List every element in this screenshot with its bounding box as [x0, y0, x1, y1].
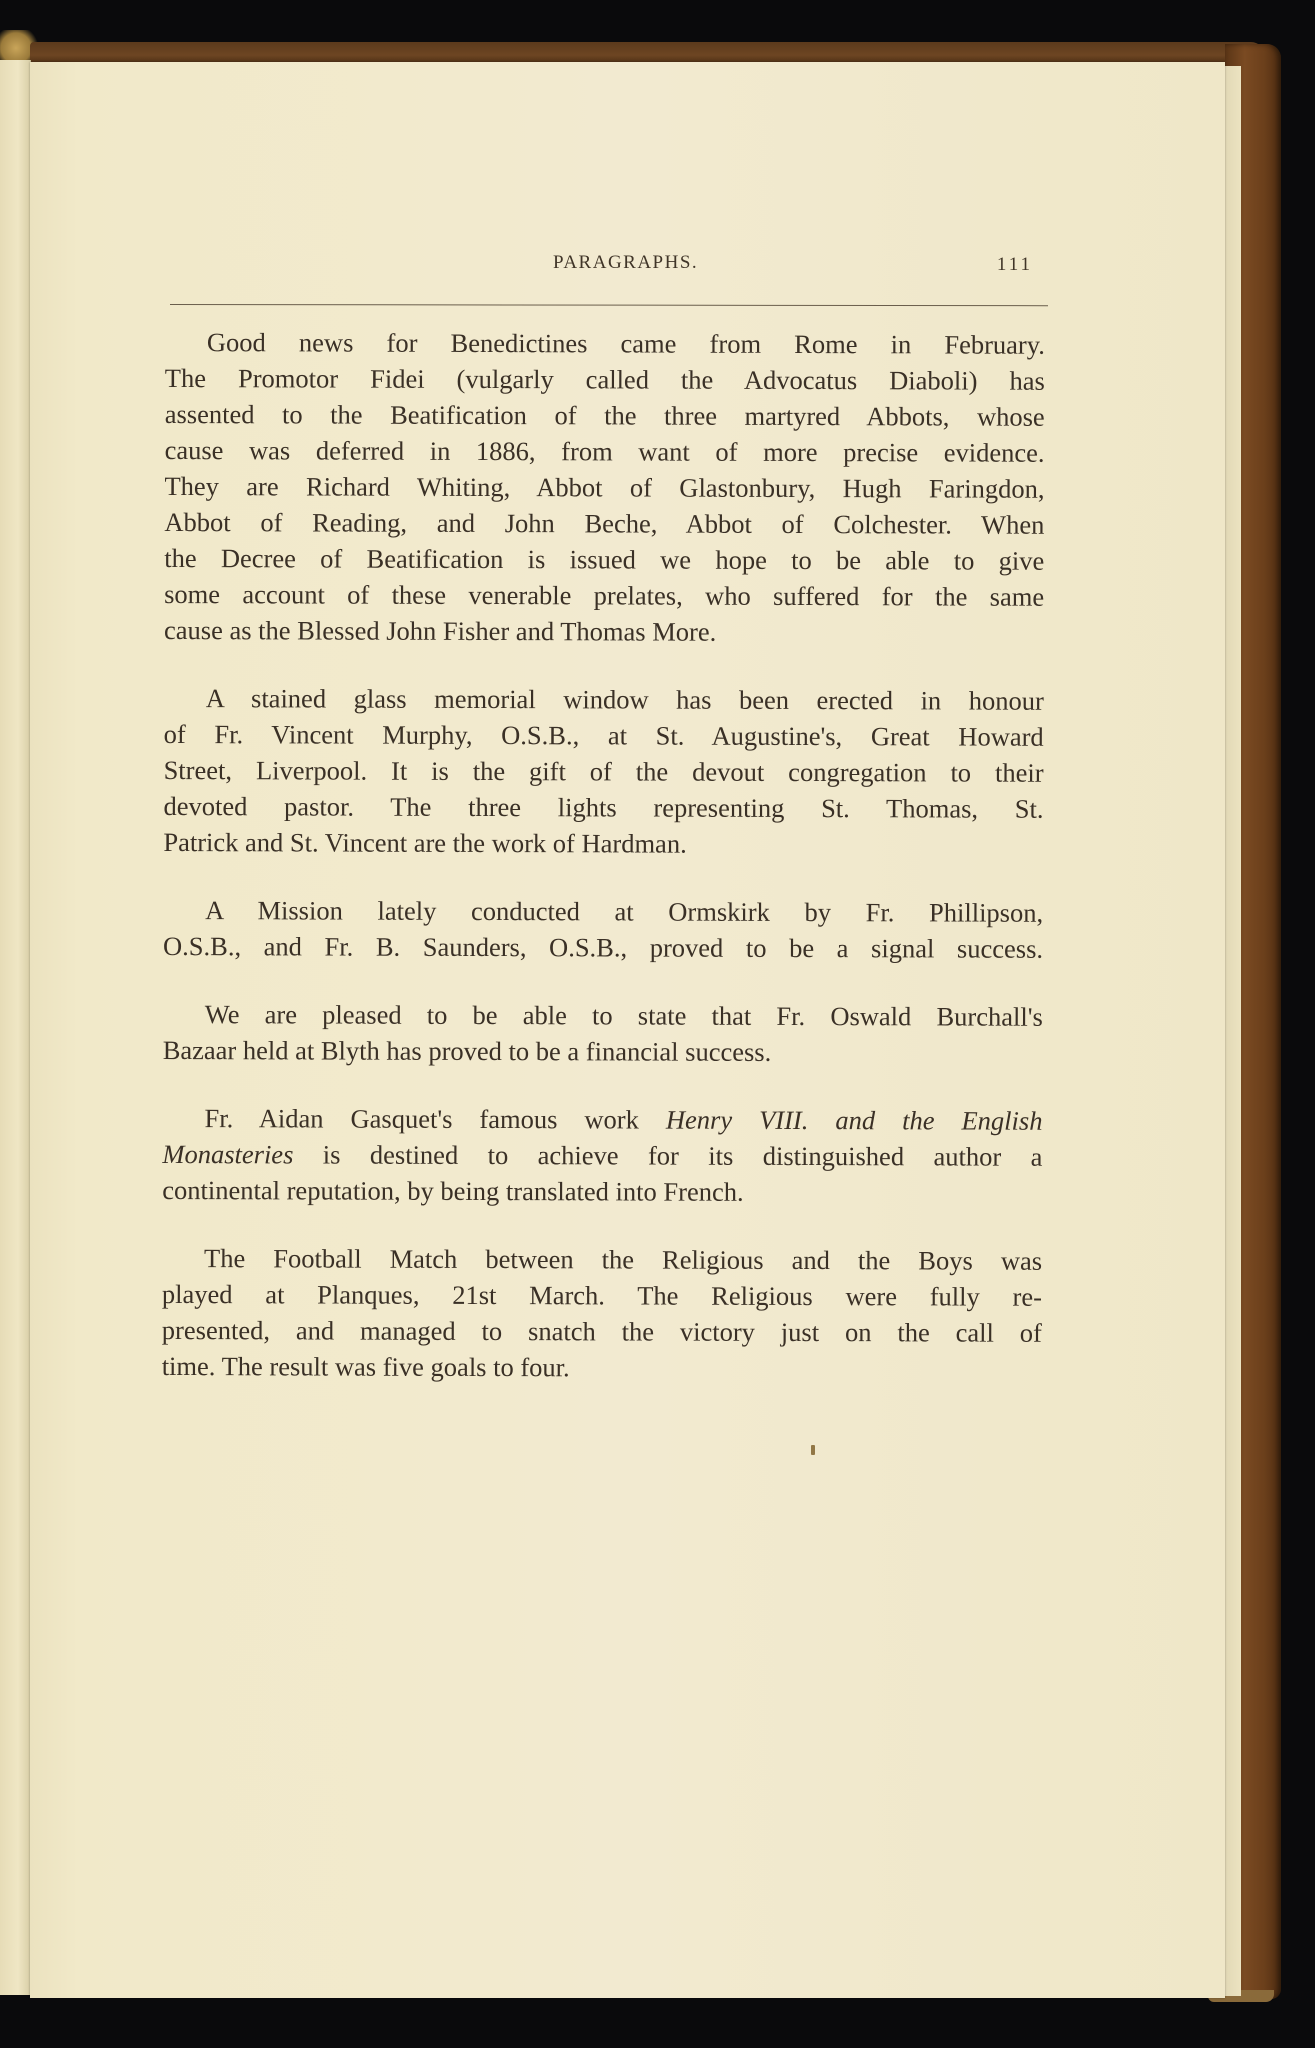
text-line: played at Planques, 21st March. The Reli…: [162, 1276, 1042, 1315]
paragraph-bazaar-blyth: We are pleased to be able to state that …: [163, 996, 1043, 1071]
body-text: Good news for Benedictines came from Rom…: [162, 324, 1045, 1419]
header-rule: [170, 304, 1048, 306]
text-line: The Football Match between the Religious…: [162, 1240, 1042, 1279]
text-line: O.S.B., and Fr. B. Saunders, O.S.B., pro…: [163, 928, 1043, 967]
text-run: is destined to achieve for its distingui…: [293, 1139, 1042, 1171]
paragraph-beatification: Good news for Benedictines came from Rom…: [164, 324, 1045, 651]
text-line: A Mission lately conducted at Ormskirk b…: [163, 892, 1043, 931]
book-scan-scene: PARAGRAPHS. 111 Good news for Benedictin…: [0, 0, 1315, 2048]
running-head: PARAGRAPHS. 111: [165, 252, 1045, 292]
text-line: of Fr. Vincent Murphy, O.S.B., at St. Au…: [164, 716, 1044, 755]
text-line: Fr. Aidan Gasquet's famous work Henry VI…: [162, 1100, 1042, 1139]
previous-page-edge: [0, 60, 31, 1995]
text-line: assented to the Beatification of the thr…: [165, 396, 1045, 435]
text-line: We are pleased to be able to state that …: [163, 996, 1043, 1035]
book-page: PARAGRAPHS. 111 Good news for Benedictin…: [30, 62, 1225, 1998]
text-line: A stained glass memorial window has been…: [164, 680, 1044, 719]
text-line: continental reputation, by being transla…: [162, 1172, 1042, 1211]
text-line: They are Richard Whiting, Abbot of Glast…: [164, 468, 1044, 507]
paper-speck: [811, 1445, 815, 1455]
text-line: The Promotor Fidei (vulgarly called the …: [165, 360, 1045, 399]
book-title-italic: Monasteries: [162, 1139, 293, 1169]
text-run: Fr. Aidan Gasquet's famous work: [204, 1103, 665, 1134]
text-line: presented, and managed to snatch the vic…: [162, 1312, 1042, 1351]
text-line: devoted pastor. The three lights represe…: [163, 788, 1043, 827]
paragraph-football-match: The Football Match between the Religious…: [162, 1240, 1042, 1387]
page-number: 111: [997, 254, 1033, 276]
text-line: Good news for Benedictines came from Rom…: [165, 324, 1045, 363]
text-line: Abbot of Reading, and John Beche, Abbot …: [164, 504, 1044, 543]
paragraph-mission-ormskirk: A Mission lately conducted at Ormskirk b…: [163, 892, 1043, 967]
text-line: the Decree of Beatification is issued we…: [164, 540, 1044, 579]
book-title-italic: Henry VIII. and the English: [666, 1105, 1043, 1136]
text-line: time. The result was five goals to four.: [162, 1348, 1042, 1387]
book-cover-top-edge: [30, 42, 1265, 64]
text-line: cause as the Blessed John Fisher and Tho…: [164, 612, 1044, 651]
text-line: Bazaar held at Blyth has proved to be a …: [163, 1032, 1043, 1071]
paragraph-memorial-window: A stained glass memorial window has been…: [163, 680, 1044, 863]
paragraph-gasquet-translation: Fr. Aidan Gasquet's famous work Henry VI…: [162, 1100, 1042, 1211]
text-line: some account of these venerable prelates…: [164, 576, 1044, 615]
text-line: Street, Liverpool. It is the gift of the…: [164, 752, 1044, 791]
running-head-title: PARAGRAPHS.: [553, 252, 698, 274]
text-line: Monasteries is destined to achieve for i…: [162, 1136, 1042, 1175]
text-line: cause was deferred in 1886, from want of…: [165, 432, 1045, 471]
text-line: Patrick and St. Vincent are the work of …: [163, 824, 1043, 863]
